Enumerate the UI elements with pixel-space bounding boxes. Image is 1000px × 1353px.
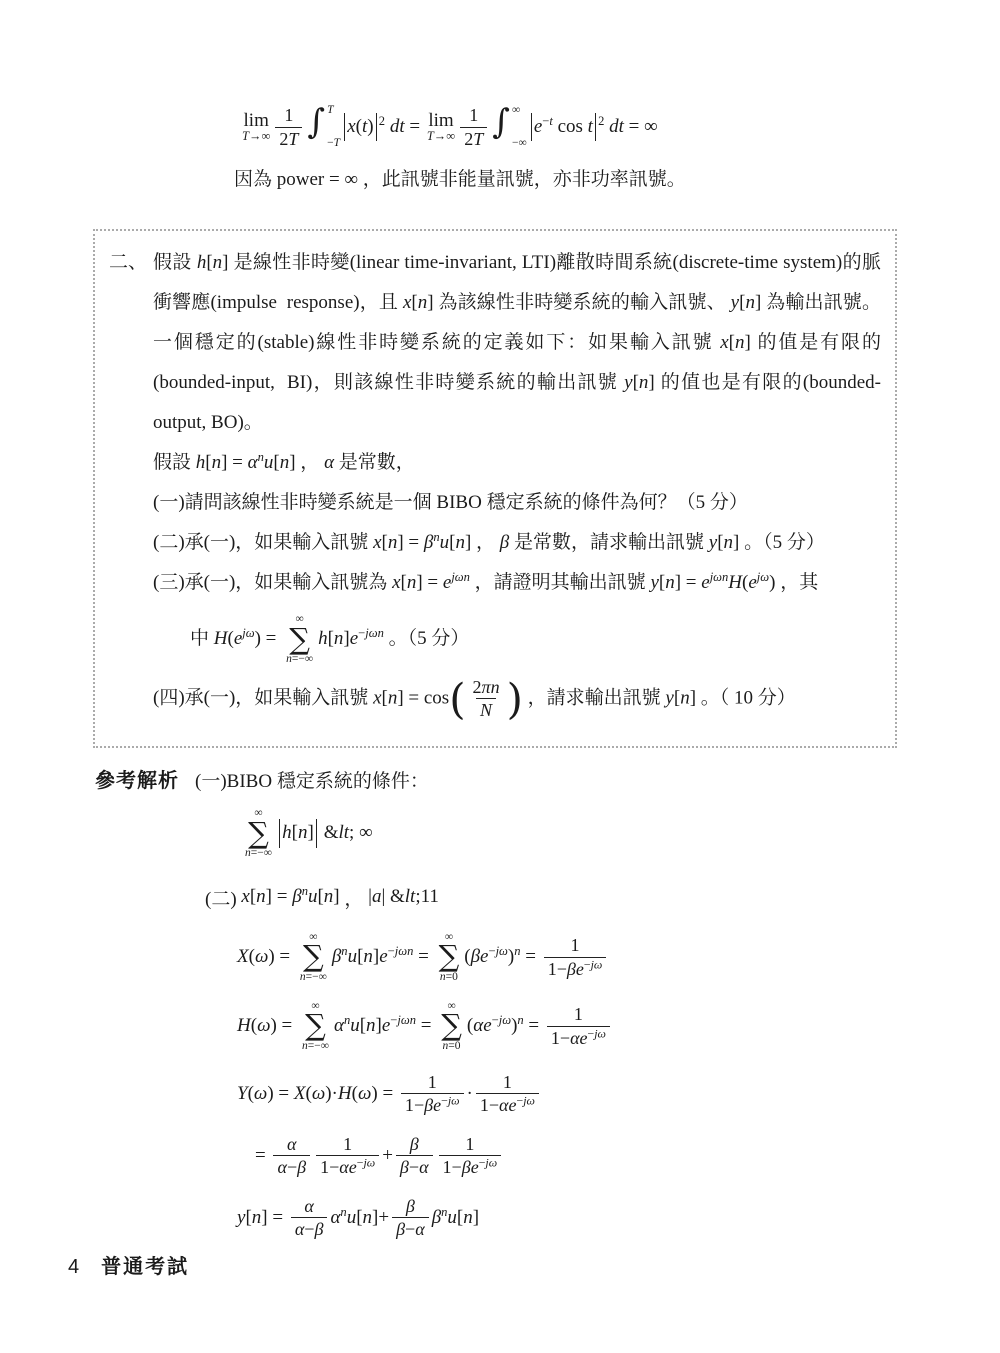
solution-part1-title: (一)BIBO 穩定系統的條件： — [195, 766, 429, 793]
power-limit-formula: limT→∞12T∫T−Tx(t)2 dt = limT→∞12T∫∞−∞e−t… — [240, 104, 1000, 150]
problem-part-4: (四)承(一)，如果輸入訊號 x[n] = cos(2πnN) ，請求輸出訊號 … — [153, 676, 881, 722]
book-page: limT→∞12T∫T−Tx(t)2 dt = limT→∞12T∫∞−∞e−t… — [0, 0, 1000, 1353]
footer-page-number: 4 — [68, 1256, 79, 1279]
solution-formula-X-omega: X(ω) = ∞∑n=−∞βnu[n]e−jωn = ∞∑n=0(βe−jω)n… — [237, 931, 1000, 984]
footer-section-label: 普通考試 — [101, 1250, 189, 1279]
intro-section: limT→∞12T∫T−Tx(t)2 dt = limT→∞12T∫∞−∞e−t… — [0, 104, 1000, 191]
problem-part-2: (二)承(一)，如果輸入訊號 x[n] = βnu[n] ， β 是常數，請求輸… — [153, 523, 881, 563]
problem-assumption: 假設 h[n] = αnu[n] ， α 是常數， — [153, 443, 881, 483]
solution-formula-bibo-condition: ∞∑n=−∞h[n] &lt; ∞ — [240, 807, 1000, 860]
power-conclusion-text: 因為 power = ∞ ，此訊號非能量訊號，亦非功率訊號。 — [234, 164, 1000, 191]
problem-part-3-line-1: (三)承(一)，如果輸入訊號為 x[n] = ejωn ，請證明其輸出訊號 y[… — [153, 563, 881, 603]
problem-body: 假設 h[n] 是線性非時變(linear time-invariant, LT… — [153, 243, 881, 732]
page-footer: 4 普通考試 — [68, 1250, 189, 1279]
problem-box: 二、 假設 h[n] 是線性非時變(linear time-invariant,… — [93, 229, 897, 748]
solution-formula-y-n: y[n] = αα−βαnu[n]+ββ−αβnu[n] — [237, 1195, 1000, 1241]
problem-number: 二、 — [109, 243, 153, 732]
solution-part2-setup: (二) x[n] = βnu[n] ， |a| &lt;11 — [205, 884, 1000, 911]
problem-statement: 假設 h[n] 是線性非時變(linear time-invariant, LT… — [153, 243, 881, 443]
problem-part-1: (一)請問該線性非時變系統是一個 BIBO 穩定系統的條件為何？（5 分） — [153, 483, 881, 523]
solution-formula-H-omega: H(ω) = ∞∑n=−∞αnu[n]e−jωn = ∞∑n=0(αe−jω)n… — [237, 1000, 1000, 1053]
solution-header-label: 參考解析 — [95, 764, 179, 793]
solution-formula-partial-fractions: = αα−β11−αe−jω+ββ−α11−βe−jω — [255, 1133, 1000, 1179]
solution-section: 參考解析 (一)BIBO 穩定系統的條件： ∞∑n=−∞h[n] &lt; ∞ … — [0, 764, 1000, 1241]
problem-part-3-line-2: 中 H(ejω) = ∞∑n=−∞h[n]e−jωn 。（5 分） — [153, 613, 881, 666]
solution-formula-Y-omega: Y(ω) = X(ω)·H(ω) = 11−βe−jω·11−αe−jω — [237, 1071, 1000, 1117]
